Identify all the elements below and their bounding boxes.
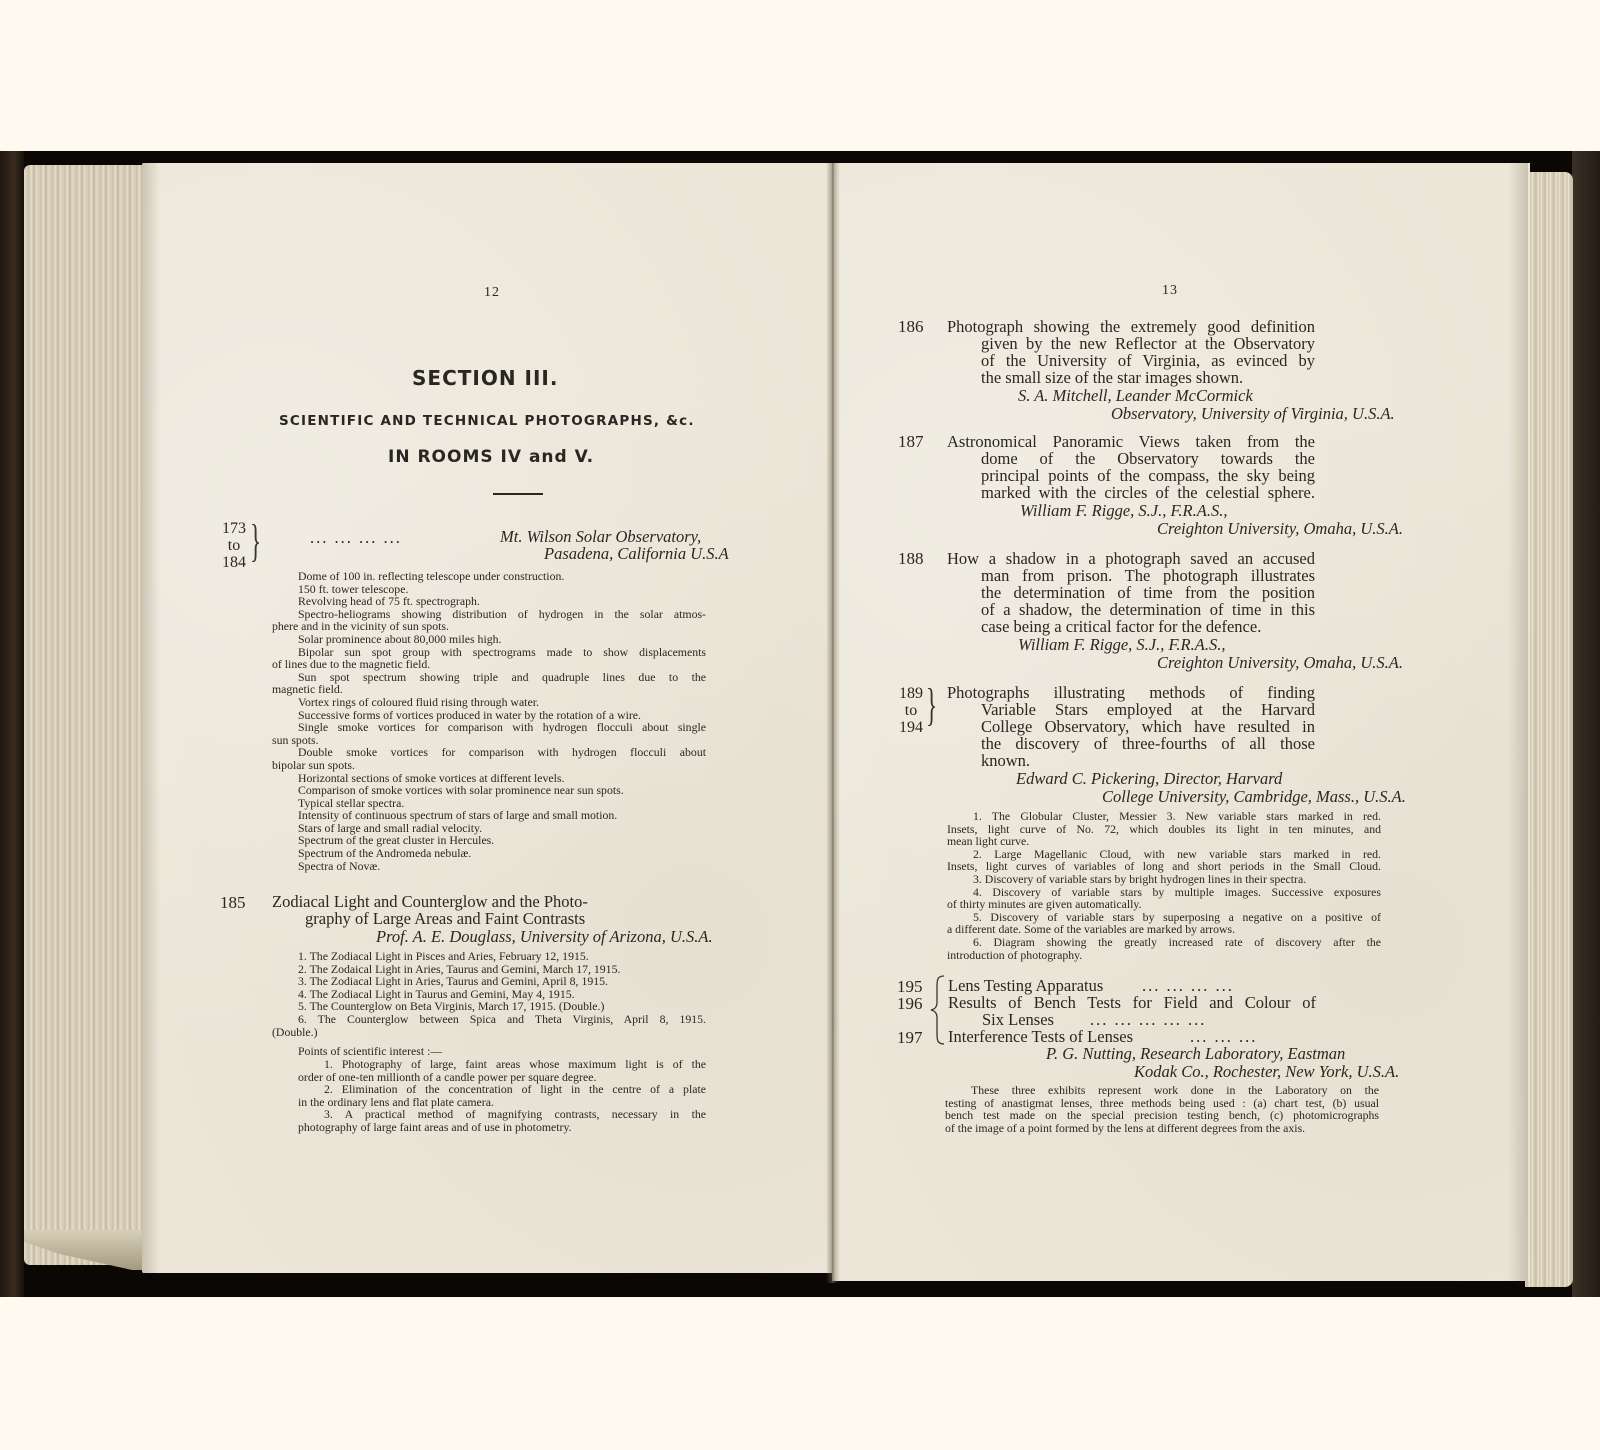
entry-195-197-note: These three exhibits represent work done… [945,1084,1379,1134]
left-page-shadow [142,163,160,1273]
point-line: 1. Photography of large, faint areas who… [298,1058,706,1071]
desc-line: How a shadow in a photograph saved an ac… [947,550,1315,567]
cover-left-edge [0,151,24,1297]
book-gutter [826,163,840,1283]
desc-line: the determination of time from the posit… [947,584,1315,601]
right-brace-icon: } [250,518,261,564]
entry-173-184-numbers: 173 to 184 [220,520,248,571]
item-line: (Double.) [272,1026,706,1039]
entry-196-number: 196 [897,994,923,1014]
item-line: 6. The Counterglow between Spica and The… [272,1013,706,1026]
desc-line: case being a critical factor for the def… [947,618,1315,635]
note-line: bench test made on the special precision… [945,1109,1379,1122]
entry-186-exhibitor-line2: Observatory, University of Virginia, U.S… [1111,405,1395,423]
item-line: Revolving head of 75 ft. spectrograph. [272,595,706,608]
cover-right-edge [1572,151,1600,1297]
entry-186-exhibitor-line1: S. A. Mitchell, Leander McCormick [1018,387,1253,405]
item-line: introduction of photography. [947,949,1381,962]
note-line: These three exhibits represent work done… [945,1084,1379,1097]
note-line: of the image of a point formed by the le… [945,1122,1379,1135]
page-edges-right [1525,172,1573,1287]
entry-185-exhibitor: Prof. A. E. Douglass, University of Ariz… [376,928,713,946]
points-heading: Points of scientific interest :— [298,1045,442,1058]
right-brace-icon: } [926,682,937,728]
section-rooms: IN ROOMS IV and V. [388,447,594,467]
item-line: 6. Diagram showing the greatly increased… [947,936,1381,949]
entry-196-leader: ... ... ... ... ... [1090,1011,1206,1028]
entry-188-number: 188 [898,549,924,569]
item-line: 1. The Globular Cluster, Messier 3. New … [947,810,1381,823]
desc-line: Astronomical Panoramic Views taken from … [947,433,1315,450]
entry-188-exhibitor-line1: William F. Rigge, S.J., F.R.A.S., [1018,636,1225,654]
item-line: Comparison of smoke vortices with solar … [272,784,706,797]
section-title: SECTION III. [412,366,558,390]
entry-196-title: Results of Bench Tests for Field and Col… [948,994,1316,1011]
entry-185-items: 1. The Zodiacal Light in Pisces and Arie… [272,950,706,1038]
section-subtitle: SCIENTIFIC AND TECHNICAL PHOTOGRAPHS, &c… [279,413,695,429]
points-list: 1. Photography of large, faint areas who… [298,1058,706,1134]
section-rule [493,493,543,495]
entry-173-184-items: Dome of 100 in. reflecting telescope und… [272,570,706,872]
entry-195-leader: ... ... ... ... [1142,977,1234,994]
leader-dots: ... ... ... ... [310,529,402,546]
desc-line: principal points of the compass, the sky… [947,467,1315,484]
entry-num-to: 184 [220,554,248,571]
item-line: Dome of 100 in. reflecting telescope und… [272,570,706,583]
entry-num-to-word: to [897,702,925,719]
entry-197-title: Interference Tests of Lenses [948,1028,1133,1045]
desc-line: the small size of the star images shown. [947,369,1315,386]
entry-num-from: 173 [220,520,248,537]
item-line: 1. The Zodiacal Light in Pisces and Arie… [272,950,706,963]
entry-196-title-cont: Six Lenses [982,1011,1054,1028]
entry-195-197-exhibitor-line1: P. G. Nutting, Research Laboratory, East… [1046,1045,1345,1063]
entry-188-exhibitor-line2: Creighton University, Omaha, U.S.A. [1157,654,1403,672]
desc-line: the discovery of three-fourths of all th… [947,735,1315,752]
entry-189-194-exhibitor-line1: Edward C. Pickering, Director, Harvard [1016,770,1282,788]
desc-line: known. [947,752,1315,769]
point-line: 2. Elimination of the concentration of l… [298,1083,706,1096]
entry-185-title-line1: Zodiacal Light and Counterglow and the P… [272,893,588,910]
desc-line: Variable Stars employed at the Harvard [947,701,1315,718]
entry-197-leader: ... ... ... [1190,1028,1257,1045]
desc-line: dome of the Observatory towards the [947,450,1315,467]
item-line: Single smoke vortices for comparison wit… [272,721,706,734]
entry-195-title: Lens Testing Apparatus [948,977,1103,994]
desc-line: given by the new Reflector at the Observ… [947,335,1315,352]
entry-188-description: How a shadow in a photograph saved an ac… [947,550,1315,635]
left-page-number: 12 [484,285,500,301]
entry-187-exhibitor-line1: William F. Rigge, S.J., F.R.A.S., [1020,502,1227,520]
item-line: mean light curve. [947,835,1381,848]
entry-189-194-exhibitor-line2: College University, Cambridge, Mass., U.… [1102,788,1406,806]
desc-line: marked with the circles of the celestial… [947,484,1315,501]
item-line: Spectra of Novæ. [272,860,706,873]
entry-186-number: 186 [898,317,924,337]
entry-187-description: Astronomical Panoramic Views taken from … [947,433,1315,501]
item-line: of lines due to the magnetic field. [272,658,706,671]
entry-189-194-description: Photographs illustrating methods of find… [947,684,1315,769]
entry-185-title-line2: graphy of Large Areas and Faint Contrast… [305,910,585,927]
desc-line: of the University of Virginia, as evince… [947,352,1315,369]
entry-189-194-numbers: 189 to 194 [897,685,925,736]
exhibitor-mt-wilson-line2: Pasadena, California U.S.A [544,545,729,563]
item-line: bipolar sun spots. [272,759,706,772]
entry-189-194-items: 1. The Globular Cluster, Messier 3. New … [947,810,1381,961]
exhibitor-mt-wilson-line1: Mt. Wilson Solar Observatory, [500,528,701,546]
right-page-number: 13 [1162,283,1178,299]
point-line: photography of large faint areas and of … [298,1121,706,1134]
entry-num-to-word: to [220,537,248,554]
entry-num-from: 189 [897,685,925,702]
entry-187-number: 187 [898,432,924,452]
left-brace-icon [930,974,946,1046]
desc-line: Photograph showing the extremely good de… [947,318,1315,335]
item-line: of thirty minutes are given automaticall… [947,898,1381,911]
item-line: Intensity of continuous spectrum of star… [272,809,706,822]
page-edges-left [24,165,144,1265]
entry-num-to: 194 [897,719,925,736]
desc-line: Photographs illustrating methods of find… [947,684,1315,701]
item-line: 3. The Zodiacal Light in Aries, Taurus a… [272,975,706,988]
entry-186-description: Photograph showing the extremely good de… [947,318,1315,386]
item-line: Spectrum of the Andromeda nebulæ. [272,847,706,860]
item-line: 3. Discovery of variable stars by bright… [947,873,1381,886]
desc-line: of a shadow, the determination of time i… [947,601,1315,618]
entry-197-number: 197 [897,1028,923,1048]
entry-195-197-exhibitor-line2: Kodak Co., Rochester, New York, U.S.A. [1134,1063,1399,1081]
desc-line: man from prison. The photograph illustra… [947,567,1315,584]
entry-185-number: 185 [220,893,246,913]
item-line: Vortex rings of coloured fluid rising th… [272,696,706,709]
item-line: Solar prominence about 80,000 miles high… [272,633,706,646]
entry-187-exhibitor-line2: Creighton University, Omaha, U.S.A. [1157,520,1403,538]
right-page-shadow [1508,163,1528,1281]
desc-line: College Observatory, which have resulted… [947,718,1315,735]
